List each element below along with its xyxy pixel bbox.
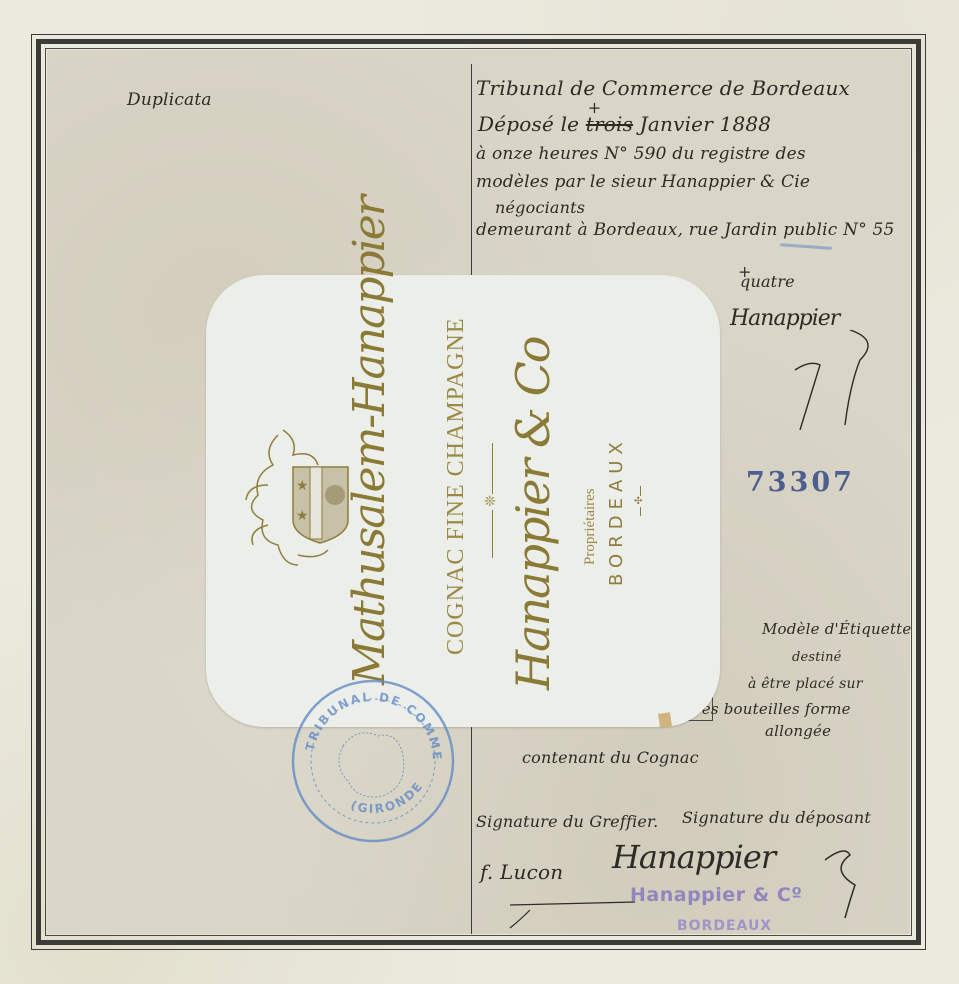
label-brand-name: Mathusalem-Hanappier (344, 197, 395, 685)
adhesive-tab (658, 712, 672, 728)
depositor-signature: Hanappier (612, 838, 775, 876)
court-seal-stamp: TRIBUNAL DE COMMERCE DE BORDEAUX (GIROND… (288, 676, 458, 846)
deposit-date-line: Déposé le + trois Janvier 1888 (478, 112, 771, 136)
description-line-1: Modèle d'Étiquette (762, 620, 911, 638)
description-line-6: contenant du Cognac (522, 748, 699, 767)
description-line-4: des bouteilles forme (692, 700, 851, 718)
insert-mark: + (588, 98, 602, 117)
clerk-flourish-icon (490, 880, 640, 930)
court-heading: Tribunal de Commerce de Bordeaux (476, 76, 850, 100)
duplicata-note: Duplicata (127, 90, 212, 110)
margin-correction-word: quatre (740, 272, 795, 291)
deposit-prefix: Déposé le (478, 112, 579, 136)
depositor-signature-label: Signature du déposant (682, 808, 871, 827)
seal-top-text: TRIBUNAL DE COMMERCE DE BORDEAUX (288, 676, 444, 762)
margin-initials-signature: Hanappier (730, 306, 839, 331)
svg-text:TRIBUNAL DE COMMERCE DE BORDEA: TRIBUNAL DE COMMERCE DE BORDEAUX (288, 676, 444, 762)
profession-line: négociants (495, 198, 585, 217)
description-line-3: à être placé sur (748, 676, 863, 692)
description-line-2: destiné (792, 650, 842, 665)
company-stamp-city: BORDEAUX (677, 918, 772, 934)
depositor-flourish-icon (820, 840, 870, 920)
svg-text:★: ★ (296, 508, 309, 524)
hour-register-line: à onze heures N° 590 du registre des (476, 144, 806, 164)
ornament-icon: ❊ (484, 494, 496, 510)
clerk-signature-label: Signature du Greffier. (476, 812, 658, 831)
label-city: BORDEAUX (606, 436, 627, 586)
company-stamp-name: Hanappier & Cº (630, 884, 803, 906)
address-line: demeurant à Bordeaux, rue Jardin public … (476, 220, 895, 240)
description-line-5: allongée (765, 722, 831, 740)
label-owners: Propriétaires (582, 488, 599, 565)
signature-flourish-icon (790, 330, 880, 430)
small-ornament-icon: ✣ (634, 496, 642, 507)
registration-number-stamp: 73307 (746, 467, 855, 498)
label-house-name: Hanappier & Co (506, 338, 560, 691)
svg-text:★: ★ (296, 478, 309, 494)
deposit-month-year: Janvier 1888 (640, 112, 772, 136)
label-product-type: COGNAC FINE CHAMPAGNE (443, 318, 470, 656)
models-depositor-line: modèles par le sieur Hanappier & Cie (476, 172, 810, 192)
coat-of-arms-icon: ★ ★ (238, 425, 353, 575)
